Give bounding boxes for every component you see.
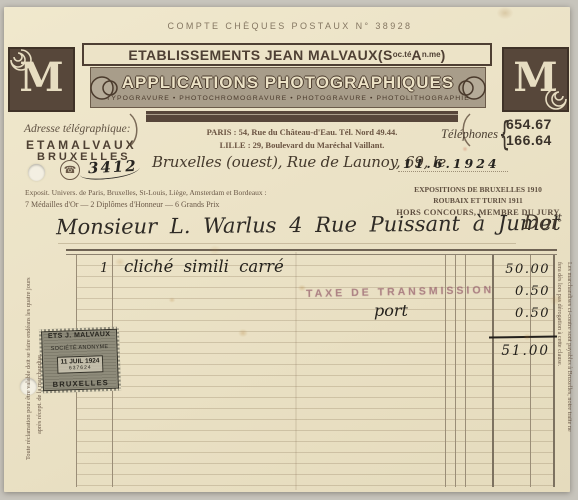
company-name: ETABLISSEMENTS JEAN MALVAUX	[128, 47, 378, 63]
lille-address: LILLE : 29, Boulevard du Maréchal Vailla…	[146, 139, 458, 152]
fold-crease	[295, 252, 297, 490]
art-nouveau-spiral-icon	[6, 45, 36, 75]
row-amount: 50.00	[496, 262, 550, 277]
doit-label: Doit	[523, 210, 562, 234]
customer-baseline	[58, 243, 516, 244]
expositions-line: Exposit. Univers. de Paris, Bruxelles, S…	[25, 187, 267, 199]
tagline-band: APPLICATIONS PHOTOGRAPHIQUES TYPOGRAVURE…	[90, 67, 486, 108]
place-dateline: Bruxelles (ouest), Rue de Launoy, 69, le	[152, 153, 446, 171]
row-description: cliché simili carré	[124, 257, 284, 276]
row-amount: 0.50	[496, 284, 550, 299]
date-dotted-line	[398, 171, 508, 172]
malvaux-monogram-icon: M	[8, 47, 75, 112]
hole-punch	[28, 164, 45, 181]
telegraph-label: Adresse télégraphique:	[24, 123, 131, 135]
malvaux-monogram-icon: M	[502, 47, 569, 112]
handwritten-customer-line: Monsieur L. Warlus 4 Rue Puissant à Jume…	[56, 211, 561, 239]
row-amount: 0.50	[496, 306, 550, 321]
divider-bar	[146, 111, 458, 122]
band-swirl-right-icon	[452, 70, 488, 106]
telegraph-name: ETAMALVAUX	[26, 138, 137, 152]
invoice-scan: COMPTE CHÈQUES POSTAUX N° 38928 M M ETAB…	[0, 0, 578, 500]
medals-line: 7 Médailles d'Or — 2 Diplômes d'Honneur …	[25, 199, 267, 211]
telephones-label: Téléphones :	[441, 127, 505, 142]
telephone-number-1: 654.67	[506, 116, 566, 132]
total-amount: 51.00	[492, 343, 550, 359]
handwritten-date: 11.6.1924	[403, 156, 500, 171]
stamp-number: 637624	[61, 365, 100, 372]
tagline: APPLICATIONS PHOTOGRAPHIQUES	[122, 73, 454, 93]
expo-bruxelles-line: EXPOSITIONS DE BRUXELLES 1910	[392, 184, 564, 195]
row-description: port	[374, 301, 408, 320]
processes-line: TYPOGRAVURE • PHOTOCHROMOGRAVURE • PHOTO…	[106, 95, 470, 102]
paris-address: PARIS : 54, Rue du Château-d'Eau. Tél. N…	[146, 126, 458, 139]
branch-addresses: PARIS : 54, Rue du Château-d'Eau. Tél. N…	[146, 126, 458, 152]
telephone-icon: ☎	[60, 160, 80, 180]
right-margin-note: Les marchandises ci-contre sont payables…	[554, 262, 574, 472]
awards-left: Exposit. Univers. de Paris, Bruxelles, S…	[25, 187, 267, 211]
band-swirl-left-icon	[88, 70, 124, 106]
table-top-rule	[66, 249, 557, 251]
left-margin-note: Toute réclamation pour être valable doit…	[24, 242, 45, 460]
postal-account-line: COMPTE CHÈQUES POSTAUX N° 38928	[110, 21, 470, 31]
telephone-number-2: 166.64	[506, 132, 566, 148]
company-title: ETABLISSEMENTS JEAN MALVAUX (Soc.té An.m…	[82, 43, 492, 66]
roubaix-turin-line: ROUBAIX ET TURIN 1911	[392, 195, 564, 206]
fiscal-stamp: ETS J. MALVAUX SOCIÉTÉ ANONYME 11 JUIL 1…	[39, 327, 121, 394]
art-nouveau-spiral-icon	[541, 84, 571, 114]
stamp-datebox: 11 JUIL 1924 637624	[56, 355, 103, 374]
row-quantity: 1	[100, 261, 108, 276]
